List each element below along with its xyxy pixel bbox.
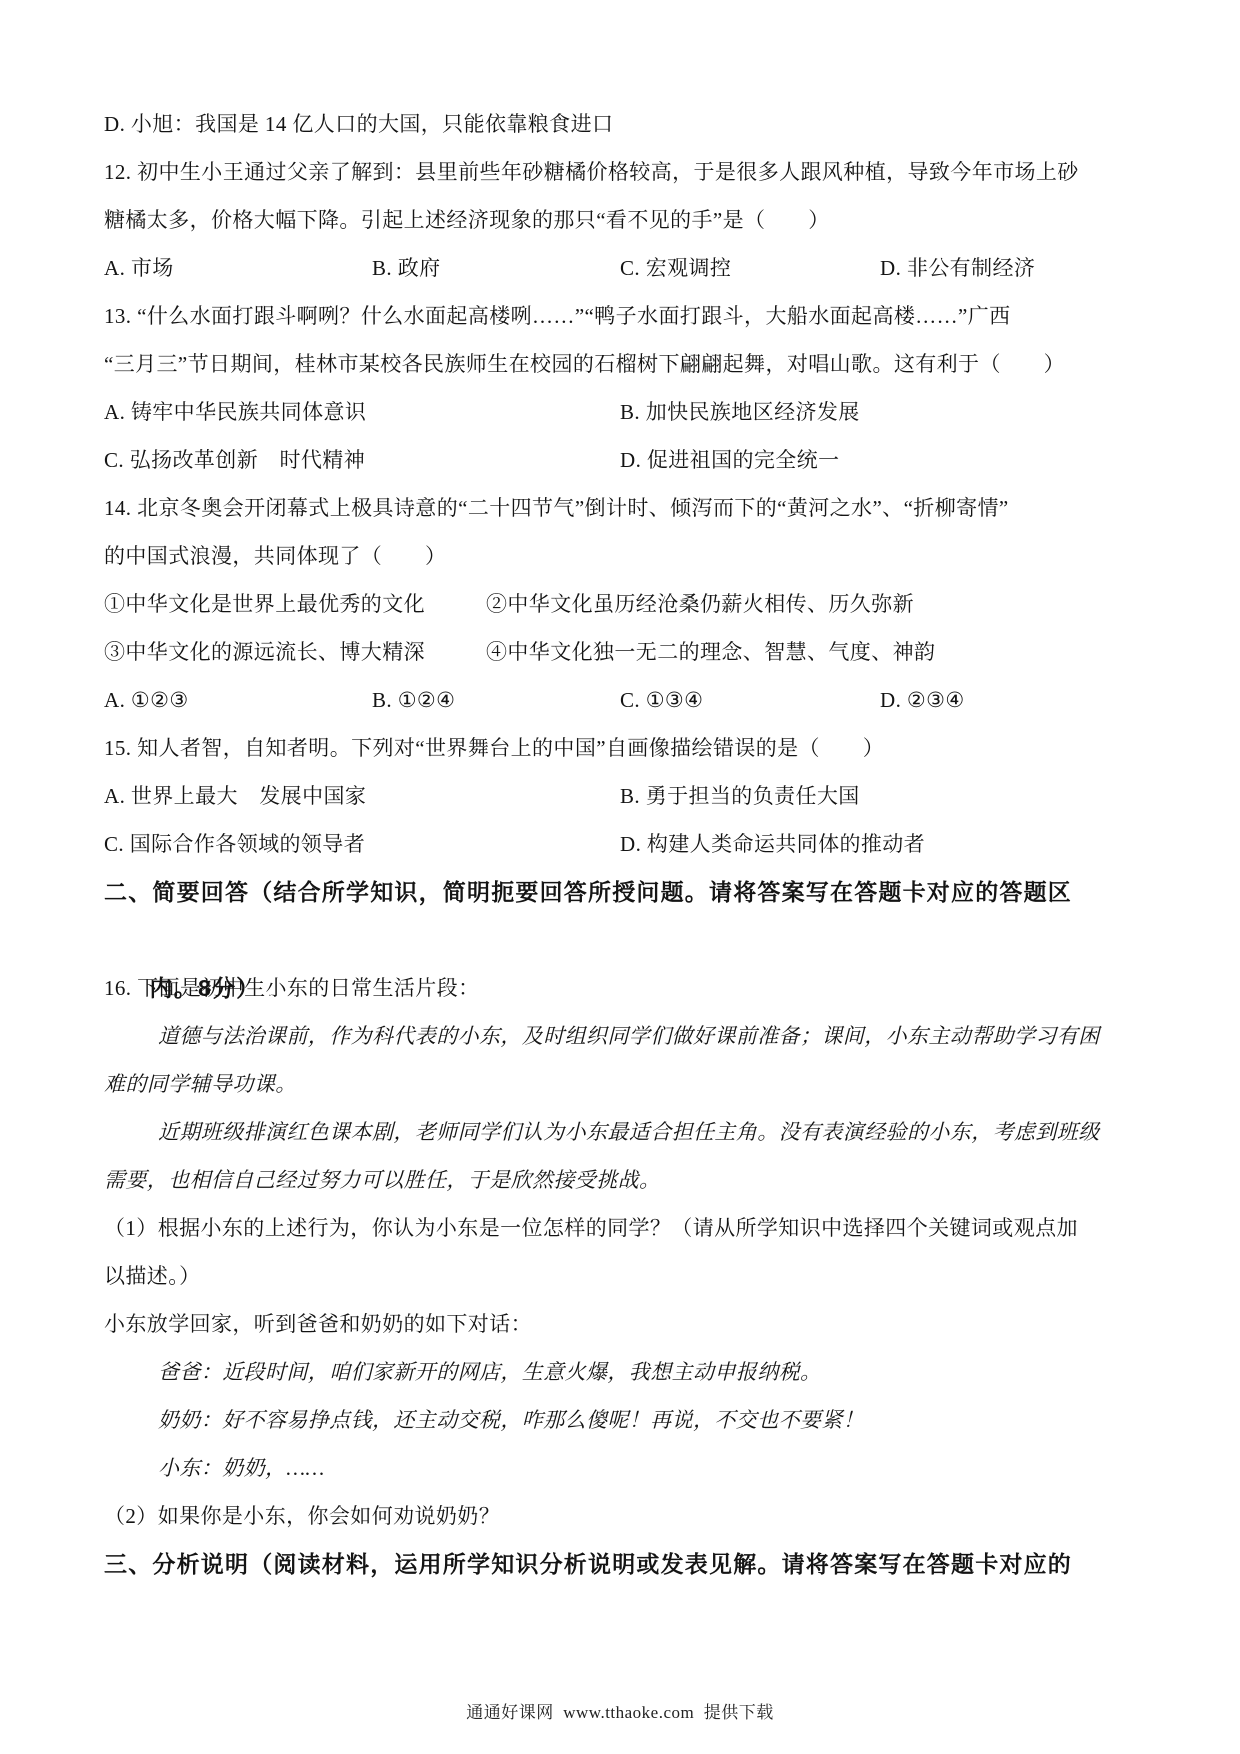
q13-option-a: A. 铸牢中华民族共同体意识 (104, 388, 620, 436)
q13-options-row-ab: A. 铸牢中华民族共同体意识 B. 加快民族地区经济发展 (104, 388, 1144, 436)
q14-item-3: ③中华文化的源远流长、博大精深 (104, 628, 486, 676)
exam-content: D. 小旭：我国是 14 亿人口的大国，只能依靠粮食进口 12. 初中生小王通过… (0, 0, 1240, 1588)
q16-para1-line1: 道德与法治课前，作为科代表的小东，及时组织同学们做好课前准备；课间，小东主动帮助… (104, 1012, 1144, 1060)
section3-heading-line1: 三、分析说明（阅读材料，运用所学知识分析说明或发表见解。请将答案写在答题卡对应的 (104, 1540, 1144, 1588)
q16-para2-line2: 需要，也相信自己经过努力可以胜任，于是欣然接受挑战。 (104, 1156, 1144, 1204)
q14-items-row-34: ③中华文化的源远流长、博大精深 ④中华文化独一无二的理念、智慧、气度、神韵 (104, 628, 1144, 676)
q14-stem-line1: 14. 北京冬奥会开闭幕式上极具诗意的“二十四节气”倒计时、倾泻而下的“黄河之水… (104, 484, 1144, 532)
q15-option-d: D. 构建人类命运共同体的推动者 (620, 820, 1144, 868)
q14-item-4: ④中华文化独一无二的理念、智慧、气度、神韵 (486, 628, 1144, 676)
q14-stem-line2: 的中国式浪漫，共同体现了（ ） (104, 532, 1144, 580)
q12-option-d: D. 非公有制经济 (880, 244, 1144, 292)
q13-option-c: C. 弘扬改革创新 时代精神 (104, 436, 620, 484)
section2-heading-line2: 内。8分）. (104, 916, 1144, 964)
q14-item-1: ①中华文化是世界上最优秀的文化 (104, 580, 486, 628)
q15-option-a: A. 世界上最大 发展中国家 (104, 772, 620, 820)
q16-dialog-grandma: 奶奶：好不容易挣点钱，还主动交税，咋那么傻呢！再说，不交也不要紧！ (104, 1396, 1144, 1444)
q11-option-d: D. 小旭：我国是 14 亿人口的大国，只能依靠粮食进口 (104, 100, 1144, 148)
q14-items-row-12: ①中华文化是世界上最优秀的文化 ②中华文化虽历经沧桑仍薪火相传、历久弥新 (104, 580, 1144, 628)
footer-watermark: 通通好课网 www.tthaoke.com 提供下载 (0, 1698, 1240, 1723)
q12-option-c: C. 宏观调控 (620, 244, 880, 292)
q15-option-c: C. 国际合作各领域的领导者 (104, 820, 620, 868)
q15-stem-line1: 15. 知人者智，自知者明。下列对“世界舞台上的中国”自画像描绘错误的是（ ） (104, 724, 1144, 772)
q15-option-b: B. 勇于担当的负责任大国 (620, 772, 1144, 820)
q12-stem-line2: 糖橘太多，价格大幅下降。引起上述经济现象的那只“看不见的手”是（ ） (104, 196, 1144, 244)
q14-option-c: C. ①③④ (620, 676, 880, 724)
q16-sub1-line1: （1）根据小东的上述行为，你认为小东是一位怎样的同学？（请从所学知识中选择四个关… (104, 1204, 1144, 1252)
q13-stem-line2: “三月三”节日期间，桂林市某校各民族师生在校园的石榴树下翩翩起舞，对唱山歌。这有… (104, 340, 1144, 388)
q14-options-row: A. ①②③ B. ①②④ C. ①③④ D. ②③④ (104, 676, 1144, 724)
q13-option-b: B. 加快民族地区经济发展 (620, 388, 1144, 436)
q14-option-d: D. ②③④ (880, 676, 1144, 724)
q16-intro: 16. 下面是初中生小东的日常生活片段： (104, 964, 1144, 1012)
exam-paper-page: D. 小旭：我国是 14 亿人口的大国，只能依靠粮食进口 12. 初中生小王通过… (0, 0, 1240, 1754)
q14-option-a: A. ①②③ (104, 676, 372, 724)
q13-stem-line1: 13. “什么水面打跟斗啊咧？什么水面起高楼咧……”“鸭子水面打跟斗，大船水面起… (104, 292, 1144, 340)
q12-options-row: A. 市场 B. 政府 C. 宏观调控 D. 非公有制经济 (104, 244, 1144, 292)
q16-para1-line2: 难的同学辅导功课。 (104, 1060, 1144, 1108)
q13-options-row-cd: C. 弘扬改革创新 时代精神 D. 促进祖国的完全统一 (104, 436, 1144, 484)
section2-heading-line1: 二、简要回答（结合所学知识，简明扼要回答所授问题。请将答案写在答题卡对应的答题区 (104, 868, 1144, 916)
q12-option-a: A. 市场 (104, 244, 372, 292)
q16-dialog-dad: 爸爸：近段时间，咱们家新开的网店，生意火爆，我想主动申报纳税。 (104, 1348, 1144, 1396)
q14-option-b: B. ①②④ (372, 676, 620, 724)
q16-sub1-line2: 以描述。） (104, 1252, 1144, 1300)
q16-dialog-xiaodong: 小东：奶奶，…… (104, 1444, 1144, 1492)
q16-sub2: （2）如果你是小东，你会如何劝说奶奶？ (104, 1492, 1144, 1540)
q15-options-row-ab: A. 世界上最大 发展中国家 B. 勇于担当的负责任大国 (104, 772, 1144, 820)
q14-item-2: ②中华文化虽历经沧桑仍薪火相传、历久弥新 (486, 580, 1144, 628)
q12-stem-line1: 12. 初中生小王通过父亲了解到：县里前些年砂糖橘价格较高，于是很多人跟风种植，… (104, 148, 1144, 196)
q12-option-b: B. 政府 (372, 244, 620, 292)
q13-option-d: D. 促进祖国的完全统一 (620, 436, 1144, 484)
q16-para2-line1: 近期班级排演红色课本剧，老师同学们认为小东最适合担任主角。没有表演经验的小东，考… (104, 1108, 1144, 1156)
q16-bridge: 小东放学回家，听到爸爸和奶奶的如下对话： (104, 1300, 1144, 1348)
q15-options-row-cd: C. 国际合作各领域的领导者 D. 构建人类命运共同体的推动者 (104, 820, 1144, 868)
